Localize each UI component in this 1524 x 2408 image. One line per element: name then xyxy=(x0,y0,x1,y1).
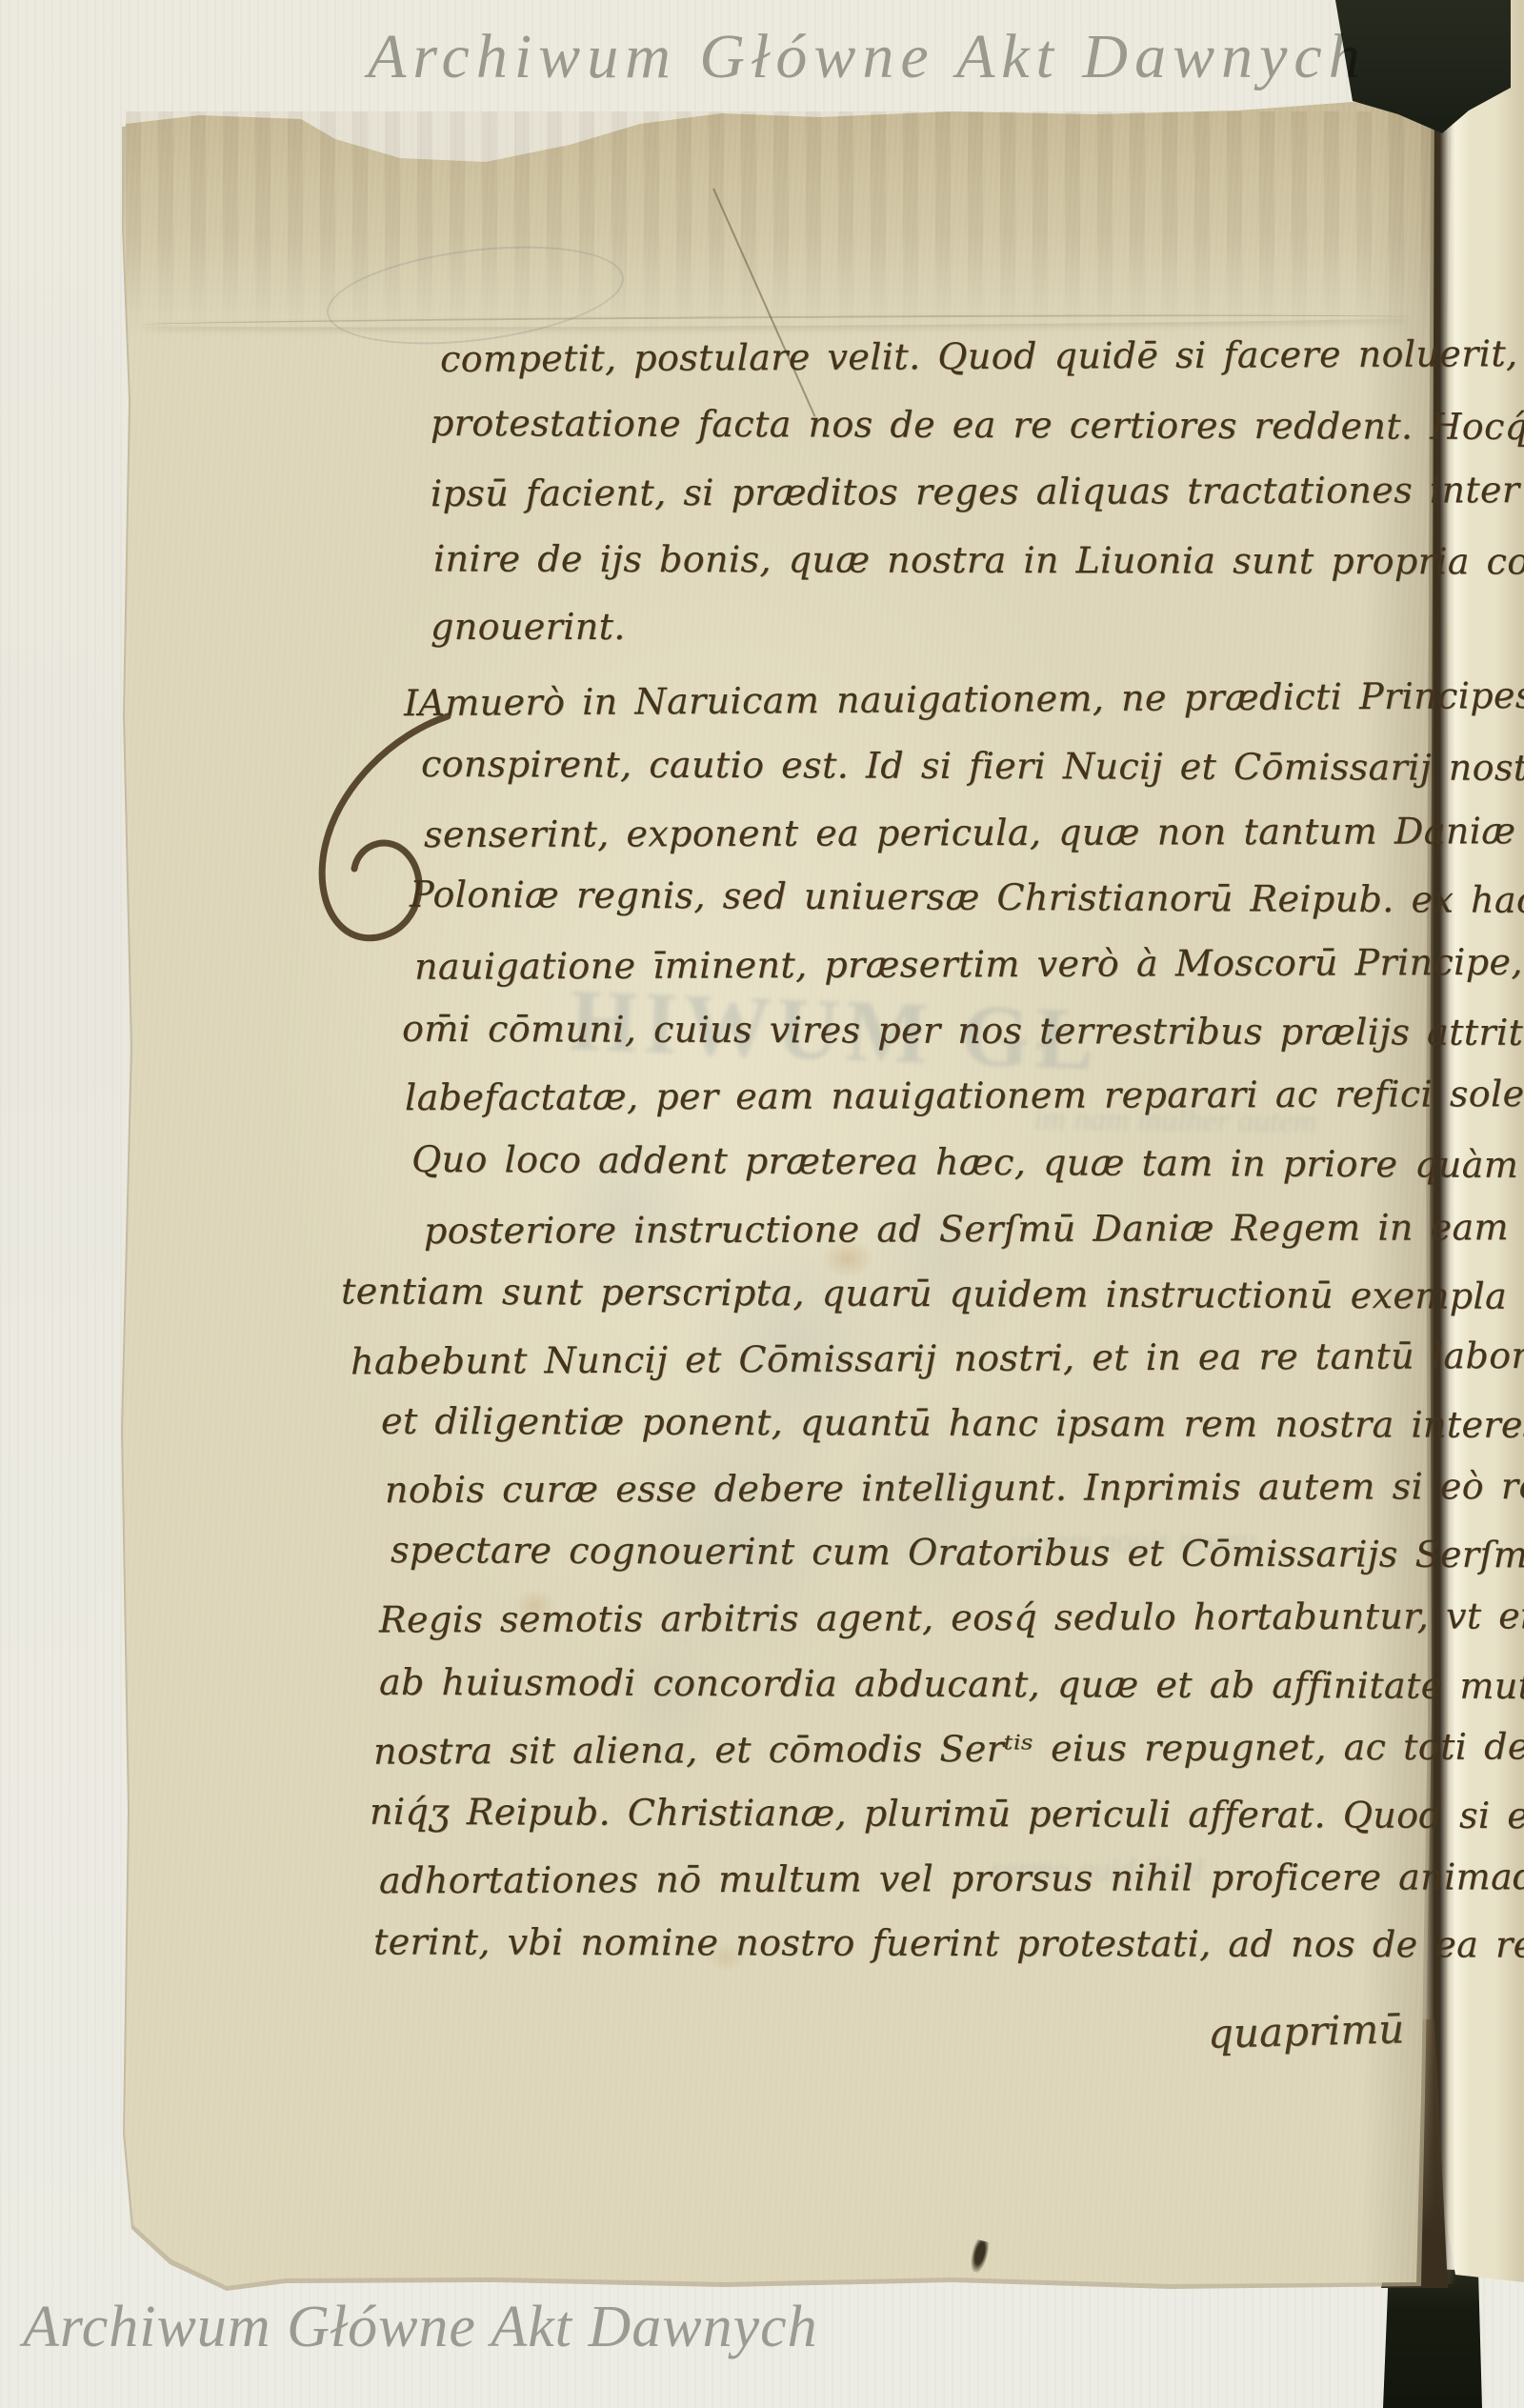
manuscript-line: et diligentiæ ponent, quantū hanc ipsam … xyxy=(381,1400,1524,1447)
manuscript-line: nostra sit aliena, et cōmodis Serᵗⁱˢ eiu… xyxy=(373,1725,1524,1772)
catchword: quaprimū xyxy=(1207,2005,1404,2057)
manuscript-line: ab huiusmodi concordia abducant, quæ et … xyxy=(379,1661,1524,1707)
manuscript-line: habebunt Nuncij et Cōmissarij nostri, et… xyxy=(351,1334,1524,1383)
manuscript-line: om̄i cōmuni, cuius vires per nos terrest… xyxy=(402,1008,1524,1053)
manuscript-line: nobis curæ esse debere intelligunt. Inpr… xyxy=(385,1465,1524,1511)
archive-watermark-bottom: Archiwum Główne Akt Dawnych xyxy=(23,2294,818,2361)
manuscript-line: terint, vbi nomine nostro fuerint protes… xyxy=(373,1920,1524,1965)
paper-wrinkles xyxy=(126,111,1431,340)
manuscript-line: niq́ʒ Reipub. Christianæ, plurimū pericu… xyxy=(370,1791,1524,1836)
manuscript-line: protestatione facta nos de ea re certior… xyxy=(431,402,1524,448)
manuscript-line: Poloniæ regnis, sed uniuersæ Christianor… xyxy=(410,873,1524,922)
manuscript-line: tentiam sunt perscripta, quarū quidem in… xyxy=(341,1270,1507,1316)
manuscript-line: competit, postulare velit. Quod quidē si… xyxy=(440,332,1518,380)
archive-watermark-top: Archiwum Główne Akt Dawnych xyxy=(368,21,1367,93)
manuscript-line: conspirent, cautio est. Id si fieri Nuci… xyxy=(421,743,1524,789)
manuscript-line: adhortationes nō multum vel prorsus nihi… xyxy=(379,1856,1524,1902)
manuscript-line: senserint, exponent ea pericula, quæ non… xyxy=(424,810,1524,855)
manuscript-line: ipsū facient, si præditos reges aliquas … xyxy=(431,469,1524,514)
manuscript-line: spectare cognouerint cum Oratoribus et C… xyxy=(391,1529,1524,1576)
manuscript-line: nauigatione īminent, præsertim verò à Mo… xyxy=(414,940,1524,988)
book-spine-strip xyxy=(1383,2267,1482,2408)
manuscript-line: Quo loco addent præterea hæc, quæ tam in… xyxy=(411,1138,1524,1186)
manuscript-line: labefactatæ, per eam nauigationem repara… xyxy=(405,1073,1524,1118)
manuscript-line: posteriore instructione ad Serſmū Daniæ … xyxy=(424,1206,1524,1252)
manuscript-line: Regis semotis arbitris agent, eosq́ sedu… xyxy=(379,1595,1524,1641)
manuscript-line: inire de ijs bonis, quæ nostra in Liuoni… xyxy=(433,537,1524,582)
manuscript-line: IAmuerò in Naruicam nauigationem, ne præ… xyxy=(404,674,1524,724)
scanned-manuscript-view: HIWUM GŁ im nam mulher autem ut rem noui… xyxy=(0,0,1524,2408)
manuscript-line: gnouerint. xyxy=(431,606,626,648)
